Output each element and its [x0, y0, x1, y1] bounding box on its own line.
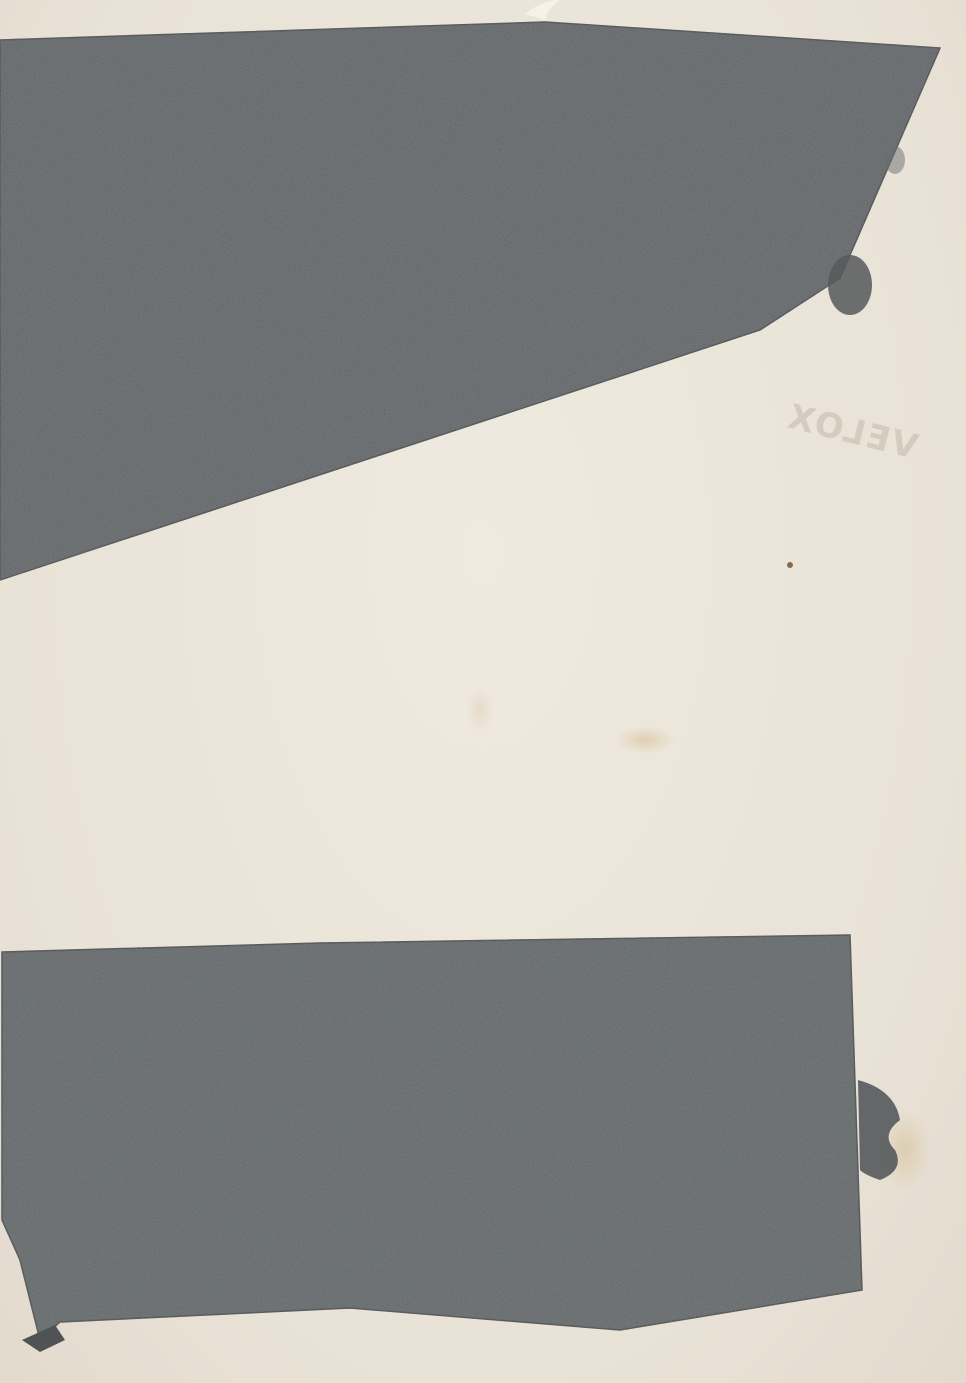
bottom-felt-piece: [2, 935, 862, 1340]
stain: [615, 726, 675, 754]
felt-fuzz: [885, 146, 905, 174]
top-felt-piece: [0, 22, 940, 580]
felt-fuzz: [828, 255, 872, 315]
speck: [787, 562, 793, 568]
paper-tear: [525, 0, 560, 20]
felt-pieces: [0, 0, 966, 1383]
stain: [466, 688, 494, 732]
